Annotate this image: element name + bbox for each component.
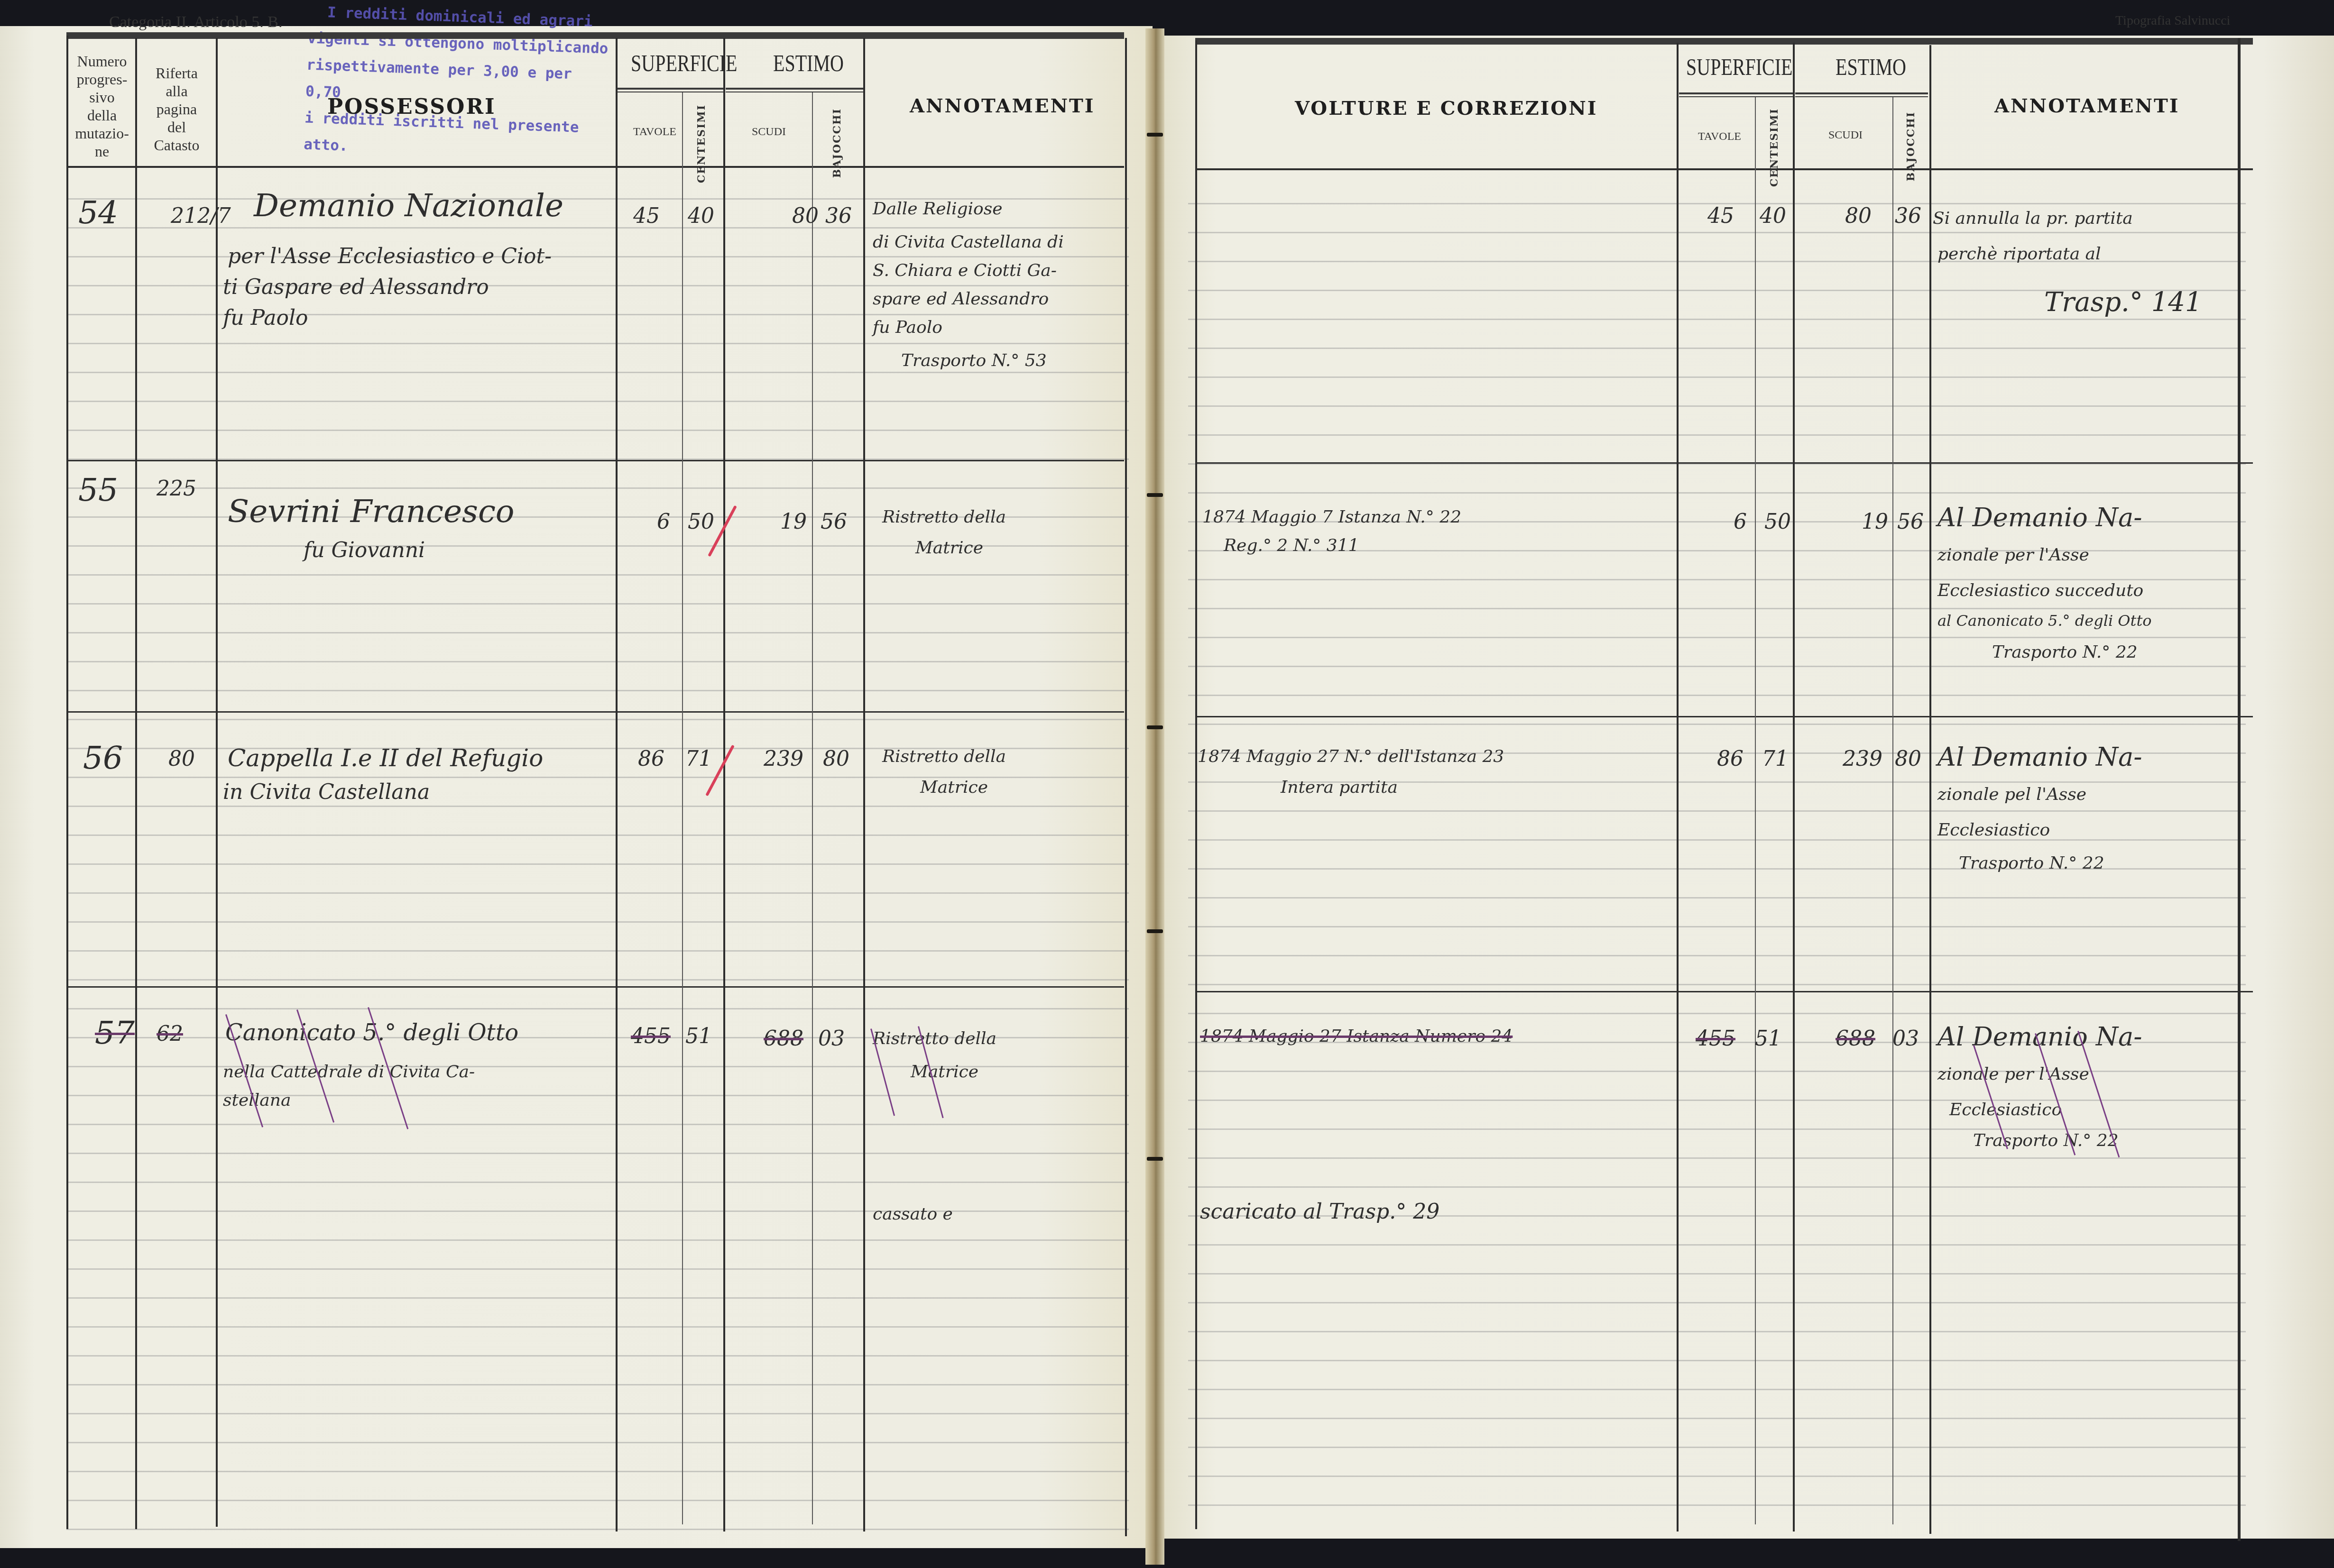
- annotamento-line: Trasporto N.° 53: [901, 351, 1047, 370]
- tax-rate-stamp: I redditi dominicali ed agrari vigenti s…: [303, 0, 617, 168]
- voltura-line: Intera partita: [1281, 778, 1398, 797]
- col-sep: [135, 38, 137, 1529]
- tavole-value: 86: [638, 747, 664, 771]
- row-number: 55: [78, 472, 118, 508]
- riferta-header: Riferta alla pagina del Catasto: [138, 64, 216, 154]
- superficie-sub-rule: [1679, 92, 1793, 97]
- centesimi-value: 50: [1764, 510, 1791, 534]
- left-border: [66, 36, 68, 1529]
- col-sep: [812, 92, 813, 1524]
- binding-stitch: [1147, 725, 1163, 729]
- bajocchi-value: 36: [825, 204, 852, 228]
- row-number: 57: [95, 1015, 135, 1051]
- category-label: Categoria II. Articolo 5. B.: [109, 13, 282, 31]
- annotamenti-header-left: ANNOTAMENTI: [910, 95, 1095, 117]
- tavole-header-right: TAVOLE: [1698, 130, 1741, 143]
- annotamento-line: Al Demanio Na-: [1937, 742, 2142, 772]
- annotamento-line: Trasporto N.° 22: [1959, 853, 2104, 873]
- annotamento-line: Trasporto N.° 22: [1973, 1131, 2119, 1150]
- right-header-top-rule: [1195, 38, 2253, 45]
- col-sep: [1892, 97, 1893, 1524]
- col-sep: [682, 92, 683, 1524]
- bajocchi-value: 36: [1895, 204, 1921, 228]
- scudi-header: SCUDI: [752, 126, 786, 138]
- scudi-value: 239: [1843, 747, 1882, 771]
- tavole-header: TAVOLE: [633, 126, 676, 138]
- centesimi-value: 40: [688, 204, 714, 228]
- possessore-line: Demanio Nazionale: [254, 187, 563, 224]
- riferta-page: 80: [168, 747, 195, 771]
- tavole-value: 45: [1707, 204, 1734, 228]
- voltura-line: 1874 Maggio 27 N.° dell'Istanza 23: [1198, 747, 1504, 766]
- annotamento-line: Ecclesiastico succeduto: [1937, 581, 2143, 600]
- annotamento-line: Matrice: [920, 778, 988, 797]
- possessore-line: Cappella I.e II del Refugio: [228, 744, 543, 772]
- scudi-value: 688: [764, 1027, 803, 1051]
- scudi-value: 80: [1845, 204, 1872, 228]
- bajocchi-header-right: BAJOCCHI: [1905, 111, 1917, 181]
- riferta-page: 225: [157, 477, 196, 501]
- estimo-header-right: ESTIMO: [1836, 53, 1906, 81]
- left-ruled-lines: [66, 171, 1129, 1536]
- col-sep: [1929, 45, 1931, 1534]
- possessore-line: ti Gaspare ed Alessandro: [223, 275, 489, 299]
- superficie-header: SUPERFICIE: [631, 49, 738, 77]
- row-divider: [1195, 716, 2253, 717]
- estimo-sub-rule: [1795, 92, 1928, 97]
- col-sep: [723, 38, 725, 1531]
- right-header-bottom-rule: [1195, 168, 2253, 170]
- possessore-line: in Civita Castellana: [223, 780, 430, 804]
- centesimi-value: 51: [1755, 1027, 1781, 1051]
- annotamento-line: Matrice: [915, 538, 983, 558]
- centesimi-value: 40: [1760, 204, 1786, 228]
- centesimi-header: CENTESIMI: [695, 104, 708, 183]
- bajocchi-value: 56: [1897, 510, 1924, 534]
- annotamento-line: Trasp.° 141: [2044, 287, 2202, 318]
- bajocchi-value: 03: [818, 1027, 845, 1051]
- binding-stitch: [1147, 929, 1163, 933]
- binding-stitch: [1147, 1157, 1163, 1161]
- annotamento-line: Ecclesiastico: [1949, 1100, 2062, 1119]
- left-header-top-rule: [66, 32, 1124, 39]
- annotamento-line: di Civita Castellana di: [873, 232, 1064, 252]
- col-sep: [863, 38, 865, 1531]
- volture-header: VOLTURE E CORREZIONI: [1295, 97, 1597, 119]
- scudi-header-right: SCUDI: [1828, 129, 1863, 142]
- col-sep: [616, 38, 618, 1531]
- col-sep: [1677, 43, 1679, 1531]
- centesimi-value: 50: [688, 510, 714, 534]
- possessore-line: per l'Asse Ecclesiastico e Ciot-: [228, 244, 552, 268]
- scudi-value: 19: [780, 510, 807, 534]
- voltura-line: Reg.° 2 N.° 311: [1224, 536, 1359, 555]
- riferta-page: 212/7: [171, 204, 231, 228]
- col-sep: [1793, 43, 1795, 1531]
- tavole-value: 455: [1696, 1027, 1735, 1051]
- centesimi-value: 51: [685, 1024, 712, 1048]
- bajocchi-header: BAJOCCHI: [831, 108, 843, 178]
- annotamento-line: zionale pel l'Asse: [1937, 785, 2086, 804]
- scudi-value: 688: [1836, 1027, 1875, 1051]
- bajocchi-value: 80: [823, 747, 849, 771]
- row-divider: [66, 711, 1124, 713]
- possessore-line: fu Giovanni: [304, 538, 425, 562]
- annotamento-line: fu Paolo: [873, 318, 942, 337]
- annotamento-line: Ecclesiastico: [1937, 820, 2050, 840]
- printer-label: Tipografia Salvinucci: [2115, 13, 2230, 28]
- centesimi-value: 71: [1762, 747, 1789, 771]
- annotamento-line: Ristretto della: [882, 747, 1006, 766]
- col-sep: [216, 38, 218, 1527]
- row-number: 56: [83, 740, 123, 776]
- centesimi-header-right: CENTESIMI: [1768, 108, 1780, 187]
- annotamenti-header-right: ANNOTAMENTI: [1994, 95, 2179, 117]
- book-spine: [1145, 28, 1164, 1565]
- scudi-value: 239: [764, 747, 803, 771]
- possessore-line: Sevrini Francesco: [228, 493, 515, 530]
- right-inner-border: [1195, 40, 1197, 1529]
- row-number: 54: [78, 194, 118, 231]
- bajocchi-value: 80: [1895, 747, 1921, 771]
- annotamento-line: Dalle Religiose: [873, 199, 1003, 219]
- annotamento-line: Trasporto N.° 22: [1992, 642, 2138, 662]
- possessore-line: Canonicato 5.° degli Otto: [225, 1019, 518, 1046]
- estimo-header: ESTIMO: [773, 49, 844, 77]
- annotamento-line: Al Demanio Na-: [1937, 503, 2142, 532]
- cancellation-note: cassato e: [873, 1204, 953, 1224]
- row-divider: [1195, 462, 2253, 464]
- row-divider: [66, 460, 1124, 461]
- riferta-page: 62: [157, 1022, 183, 1046]
- superficie-header-right: SUPERFICIE: [1686, 53, 1793, 81]
- annotamento-line: Ristretto della: [882, 507, 1006, 527]
- tavole-value: 6: [657, 510, 670, 534]
- bajocchi-value: 56: [821, 510, 847, 534]
- annotamento-line: al Canonicato 5.° degli Otto: [1937, 612, 2152, 630]
- annotamento-line: zionale per l'Asse: [1937, 545, 2089, 565]
- col-sep: [1125, 38, 1127, 1536]
- annotamento-line: Matrice: [911, 1062, 978, 1082]
- voltura-line: 1874 Maggio 27 Istanza Numero 24: [1200, 1027, 1513, 1046]
- numero-header: Numero progres- sivo della mutazio- ne: [69, 52, 135, 160]
- col-sep: [1755, 97, 1756, 1524]
- possessore-line: fu Paolo: [223, 306, 308, 330]
- row-divider: [66, 986, 1124, 988]
- scudi-value: 80: [792, 204, 819, 228]
- centesimi-value: 71: [685, 747, 712, 771]
- annotamento-line: Si annulla la pr. partita: [1933, 209, 2133, 228]
- estimo-sub-rule: [726, 88, 863, 92]
- left-header-bottom-rule: [66, 166, 1124, 168]
- cancellation-note: scaricato al Trasp.° 29: [1200, 1200, 1439, 1224]
- tavole-value: 45: [633, 204, 660, 228]
- annotamento-line: Ristretto della: [873, 1029, 996, 1048]
- possessori-header: POSSESSORI: [327, 95, 496, 119]
- bajocchi-value: 03: [1892, 1027, 1919, 1051]
- right-border: [2238, 38, 2241, 1541]
- tavole-value: 6: [1734, 510, 1747, 534]
- annotamento-line: perchè riportata al: [1937, 244, 2101, 264]
- right-ruled-lines: [1188, 175, 2246, 1527]
- binding-stitch: [1147, 493, 1163, 497]
- possessore-line: nella Cattedrale di Civita Ca-: [223, 1062, 475, 1082]
- row-divider: [1195, 991, 2253, 992]
- annotamento-line: zionale per l'Asse: [1937, 1064, 2089, 1084]
- tavole-value: 455: [631, 1024, 671, 1048]
- tavole-value: 86: [1717, 747, 1744, 771]
- scudi-value: 19: [1862, 510, 1888, 534]
- binding-stitch: [1147, 133, 1163, 137]
- annotamento-line: S. Chiara e Ciotti Ga-: [873, 261, 1057, 280]
- annotamento-line: spare ed Alessandro: [873, 289, 1049, 309]
- superficie-sub-rule: [617, 88, 723, 92]
- voltura-line: 1874 Maggio 7 Istanza N.° 22: [1202, 507, 1461, 527]
